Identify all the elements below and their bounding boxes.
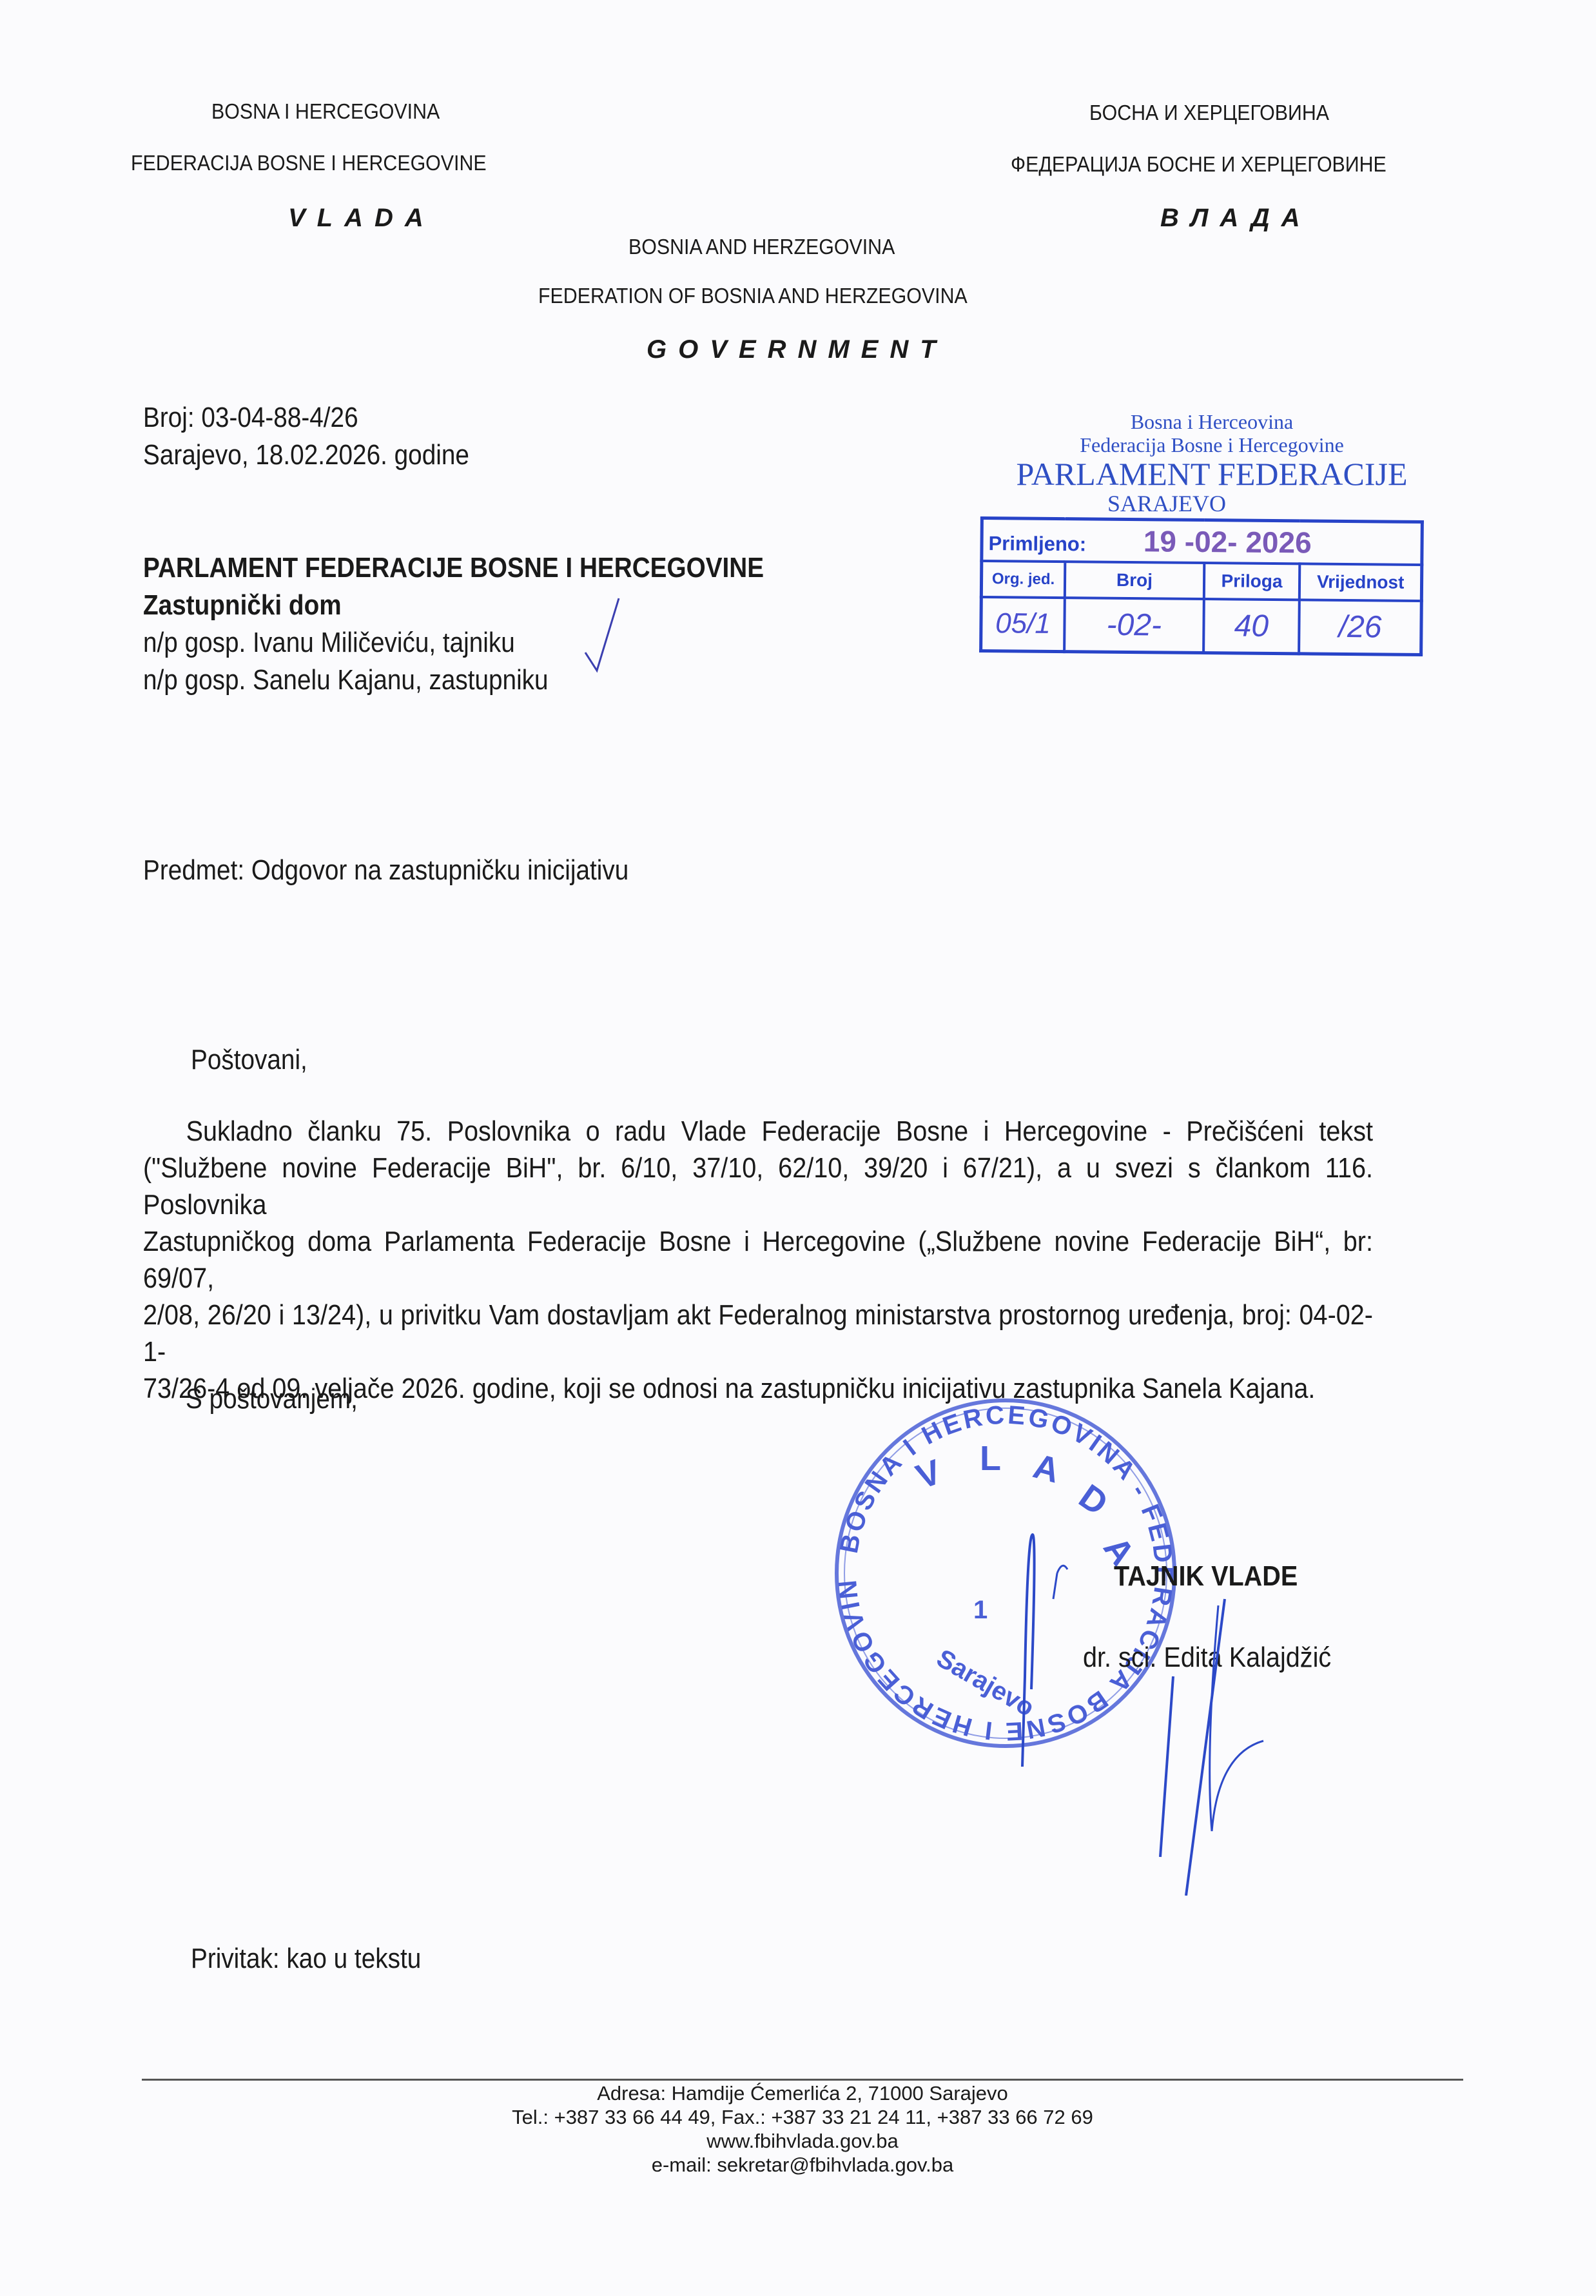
letterhead-center-line2: FEDERATION OF BOSNIA AND HERZEGOVINA bbox=[538, 284, 968, 308]
svg-text:A: A bbox=[1029, 1447, 1064, 1491]
reference-place-date: Sarajevo, 18.02.2026. godine bbox=[143, 437, 469, 473]
received-label: Primljeno: bbox=[988, 532, 1086, 555]
body-line: Zastupničkog doma Parlamenta Federacije … bbox=[143, 1223, 1373, 1297]
stamp-line1: Bosna i Herceovina bbox=[980, 410, 1444, 433]
letterhead-center-title: GOVERNMENT bbox=[647, 335, 948, 364]
attachment-note: Privitak: kao u tekstu bbox=[191, 1941, 421, 1977]
val-vrijednost: /26 bbox=[1299, 600, 1421, 655]
footer-address: Adresa: Hamdije Ćemerlića 2, 71000 Saraj… bbox=[142, 2081, 1463, 2105]
stamp-title: PARLAMENT FEDERACIJE bbox=[980, 456, 1444, 491]
letterhead-center-line1: BOSNIA AND HERZEGOVINA bbox=[628, 235, 895, 259]
val-broj: -02- bbox=[1064, 598, 1203, 653]
body-line: 2/08, 26/20 i 13/24), u privitku Vam dos… bbox=[143, 1297, 1373, 1370]
registry-stamp: Bosna i Herceovina Federacija Bosne i He… bbox=[980, 410, 1444, 654]
svg-text:V: V bbox=[911, 1453, 946, 1497]
footer-phone: Tel.: +387 33 66 44 49, Fax.: +387 33 21… bbox=[142, 2105, 1463, 2129]
received-date: 19 -02- 2026 bbox=[1143, 524, 1312, 559]
handwritten-signature-icon bbox=[960, 1496, 1296, 1896]
recipient-attn-secretary: n/p gosp. Ivanu Miličeviću, tajniku bbox=[143, 624, 764, 662]
footer: Adresa: Hamdije Ćemerlića 2, 71000 Saraj… bbox=[142, 2081, 1463, 2177]
recipient-chamber: Zastupnički dom bbox=[143, 587, 764, 624]
val-org-jed: 05/1 bbox=[981, 597, 1065, 652]
subject: Predmet: Odgovor na zastupničku inicijat… bbox=[143, 852, 628, 888]
col-org-jed: Org. jed. bbox=[981, 561, 1065, 598]
val-priloga: 40 bbox=[1203, 599, 1299, 654]
letterhead-right-line1: БОСНА И ХЕРЦЕГОВИНА bbox=[1089, 101, 1329, 125]
stamp-line2: Federacija Bosne i Hercegovine bbox=[980, 433, 1444, 456]
recipient-attn-representative: n/p gosp. Sanelu Kajanu, zastupniku bbox=[143, 662, 764, 699]
body-paragraph: Sukladno članku 75. Poslovnika o radu Vl… bbox=[143, 1113, 1373, 1407]
col-broj: Broj bbox=[1065, 562, 1204, 599]
footer-divider bbox=[142, 2079, 1463, 2081]
reference-number: Broj: 03-04-88-4/26 bbox=[143, 400, 358, 436]
footer-website[interactable]: www.fbihvlada.gov.ba bbox=[142, 2129, 1463, 2153]
letterhead-right-line2: ФЕДЕРАЦИЈА БОСНЕ И ХЕРЦЕГОВИНЕ bbox=[1011, 152, 1387, 177]
body-line: Sukladno članku 75. Poslovnika o radu Vl… bbox=[143, 1113, 1373, 1150]
footer-email[interactable]: e-mail: sekretar@fbihvlada.gov.ba bbox=[142, 2153, 1463, 2177]
closing: S poštovanjem, bbox=[186, 1381, 358, 1417]
salutation: Poštovani, bbox=[191, 1042, 307, 1078]
body-line: ("Službene novine Federacije BiH", br. 6… bbox=[143, 1150, 1373, 1223]
letterhead-left-title: VLADA bbox=[288, 204, 435, 233]
letterhead-left-line1: BOSNA I HERCEGOVINA bbox=[211, 99, 440, 124]
recipient-block: PARLAMENT FEDERACIJE BOSNE I HERCEGOVINE… bbox=[143, 549, 764, 699]
col-vrijednost: Vrijednost bbox=[1299, 564, 1422, 601]
letterhead-right-title: ВЛАДА bbox=[1160, 204, 1312, 233]
checkmark-icon bbox=[580, 593, 625, 683]
svg-text:L: L bbox=[980, 1439, 1001, 1478]
stamp-city: SARAJEVO bbox=[980, 491, 1354, 516]
registry-table: Primljeno: 19 -02- 2026 Org. jed. Broj P… bbox=[979, 516, 1424, 656]
col-priloga: Priloga bbox=[1203, 563, 1299, 600]
received-row: Primljeno: 19 -02- 2026 bbox=[982, 518, 1423, 565]
letterhead-left-line2: FEDERACIJA BOSNE I HERCEGOVINE bbox=[131, 151, 487, 175]
recipient-institution: PARLAMENT FEDERACIJE BOSNE I HERCEGOVINE bbox=[143, 549, 764, 587]
